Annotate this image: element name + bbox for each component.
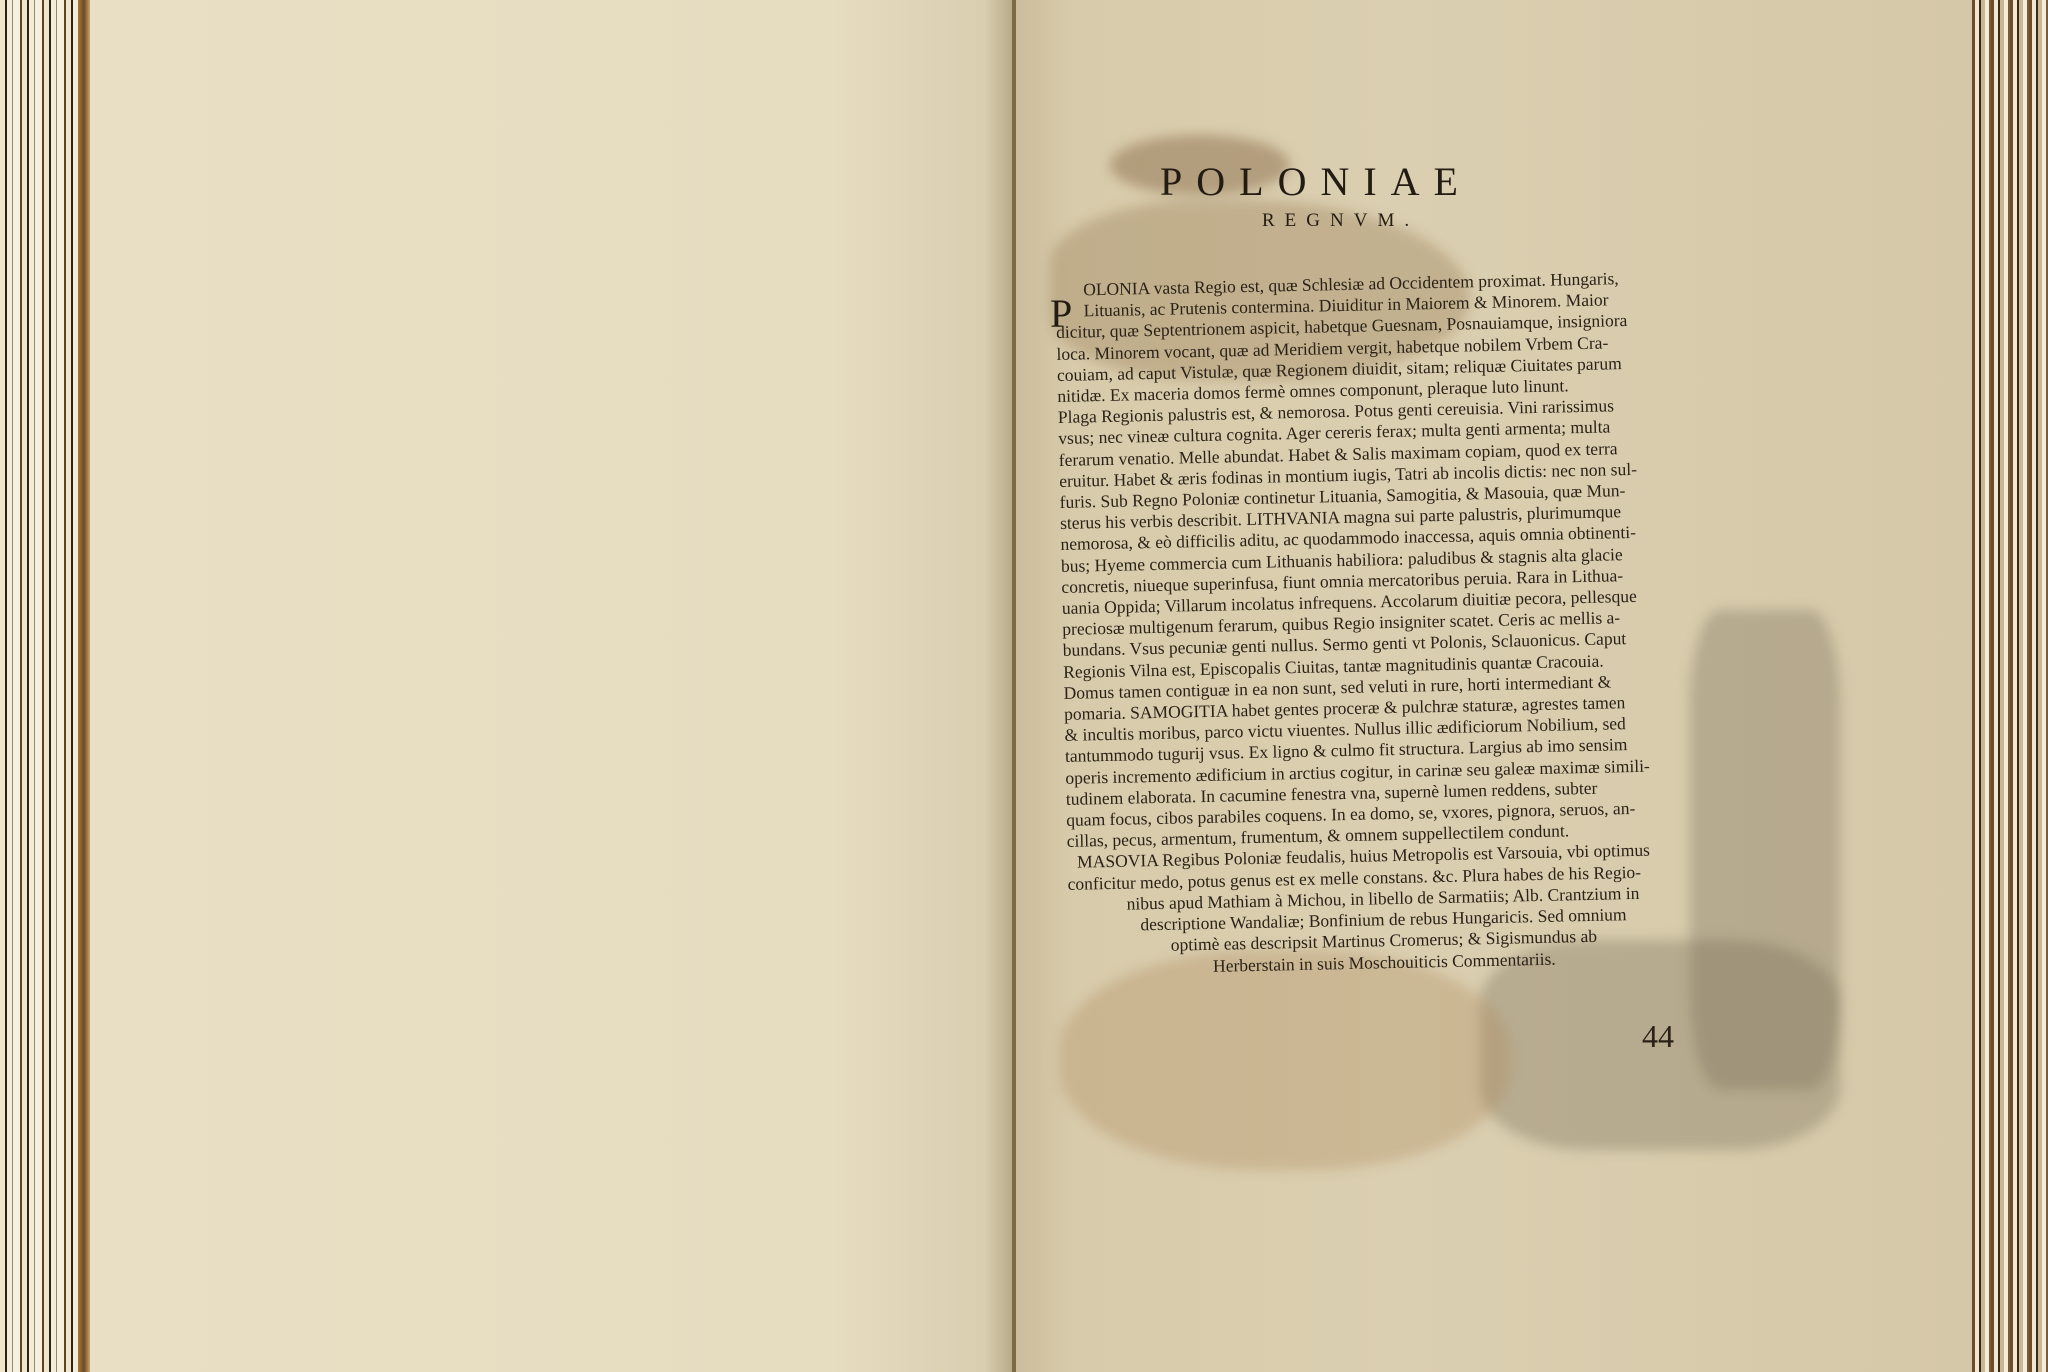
left-page-blank (90, 0, 1012, 1372)
page-edges-left (0, 0, 90, 1372)
page-number: 44 (1642, 1018, 1674, 1055)
page-subtitle: REGNVM. (1262, 210, 1419, 232)
water-stain (1060, 950, 1510, 1170)
page-title: POLONIAE (1160, 158, 1560, 205)
body-text: OLONIA vasta Regio est, quæ Schlesiæ ad … (1055, 267, 1700, 980)
open-book: POLONIAE REGNVM. P OLONIA vasta Regio es… (0, 0, 2048, 1372)
page-edges-right (1972, 0, 2048, 1372)
